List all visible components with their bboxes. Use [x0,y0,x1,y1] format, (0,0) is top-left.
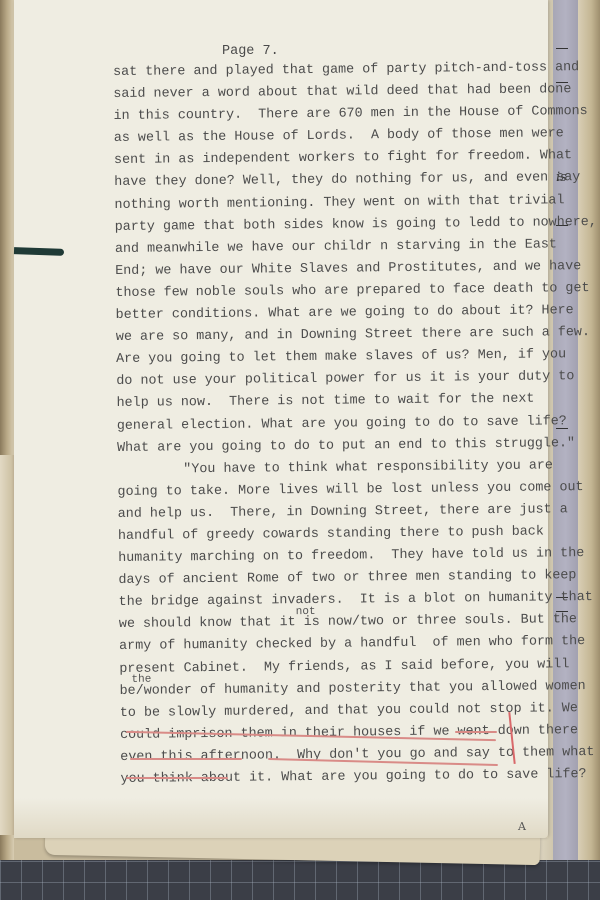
red-underline [130,758,242,760]
margin-tick [556,48,568,49]
pencil-mark: A [518,820,526,833]
binding-string [14,247,64,256]
typed-text-body: sat there and played that game of party … [113,58,531,791]
red-underline [126,777,228,779]
red-underline [455,731,497,733]
interlinear-insert-not: not [296,601,316,623]
interlinear-insert-the: the [131,669,151,691]
right-folder-edge [578,0,600,860]
page-number: Page 7. [222,44,279,59]
